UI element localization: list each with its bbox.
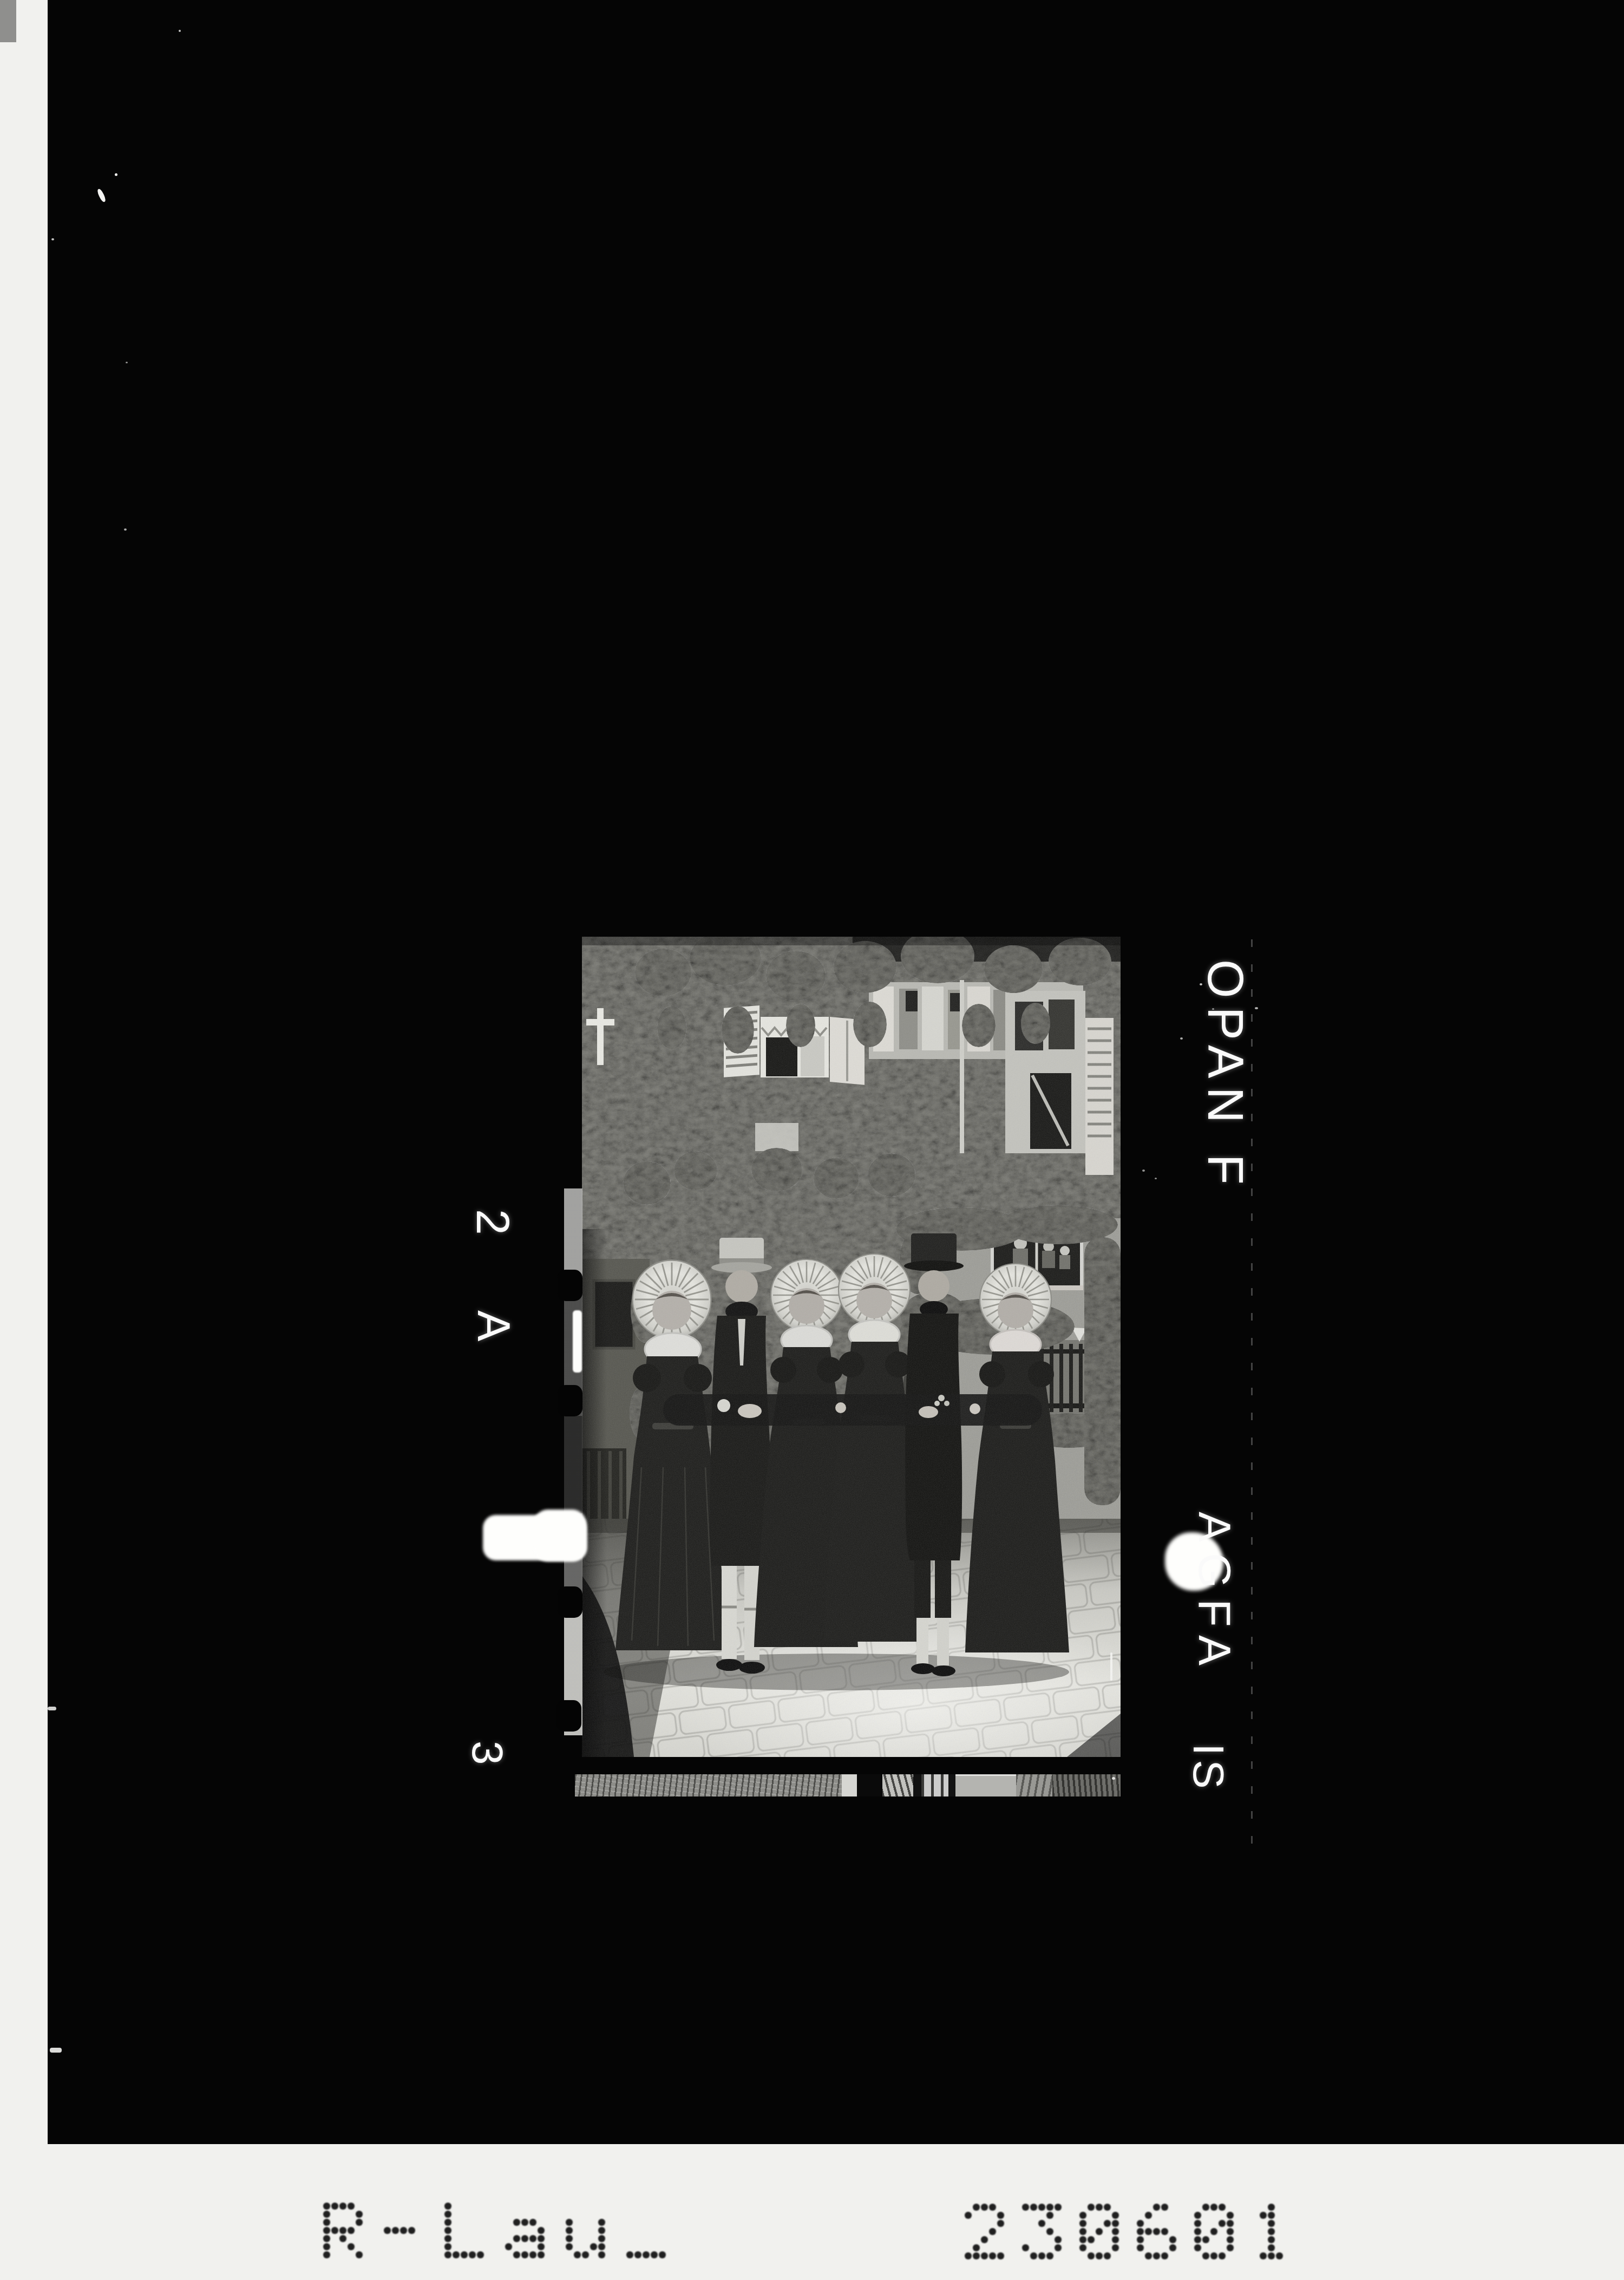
strip-texture2 — [1016, 1774, 1052, 1796]
strip-grille — [882, 1774, 913, 1796]
dust-speck — [51, 238, 54, 240]
edge-light-sliver — [573, 1310, 582, 1373]
sprocket-hole — [558, 1385, 582, 1416]
dust-speck — [1200, 983, 1202, 985]
film-edge-dashed-line — [1251, 939, 1253, 1854]
next-frame-strip — [575, 1774, 1121, 1796]
dust-speck — [1212, 1008, 1214, 1010]
dust-speck — [1142, 1170, 1145, 1172]
strip-trees — [1052, 1774, 1121, 1796]
scanner-edge-chip — [0, 0, 16, 42]
photograph — [582, 937, 1121, 1757]
frame-letter-marking: A — [470, 1310, 517, 1341]
dust-speck — [115, 173, 117, 176]
dust-speck — [1255, 1007, 1258, 1009]
edge-print-brand: AGFA — [1192, 1512, 1237, 1676]
dust-speck — [126, 362, 128, 363]
film-scan-page: OPAN F AGFA IS 2 A 3 — [0, 0, 1624, 2280]
edge-notch — [50, 2048, 62, 2053]
dust-speck — [1112, 1777, 1115, 1780]
strip-bars — [921, 1774, 948, 1796]
caption-archive-number — [965, 2204, 1322, 2263]
caption-photographer — [323, 2203, 702, 2262]
strip-wall — [955, 1774, 1016, 1796]
scratch-mark — [1110, 1652, 1112, 1681]
strip-highlight — [842, 1774, 857, 1796]
sprocket-hole — [558, 1586, 582, 1618]
strip-gap — [857, 1774, 882, 1796]
light-leak-left — [534, 1510, 586, 1562]
dust-speck — [124, 528, 127, 531]
strip-texture — [575, 1774, 842, 1796]
edge-notch — [48, 1707, 56, 1710]
film-grain — [582, 937, 1121, 1757]
dust-speck — [179, 30, 181, 32]
strip-gap3 — [948, 1774, 955, 1796]
next-frame-number-marking: 3 — [466, 1741, 509, 1765]
strip-gap2 — [913, 1774, 921, 1796]
dust-speck — [1155, 1178, 1157, 1179]
edge-print-partial: IS — [1187, 1743, 1230, 1793]
dust-speck — [1180, 1037, 1183, 1040]
edge-print-film-name: OPAN F — [1200, 959, 1250, 1193]
sprocket-hole — [556, 1700, 581, 1732]
frame-number-marking: 2 — [469, 1209, 516, 1235]
sprocket-hole — [558, 1270, 582, 1301]
